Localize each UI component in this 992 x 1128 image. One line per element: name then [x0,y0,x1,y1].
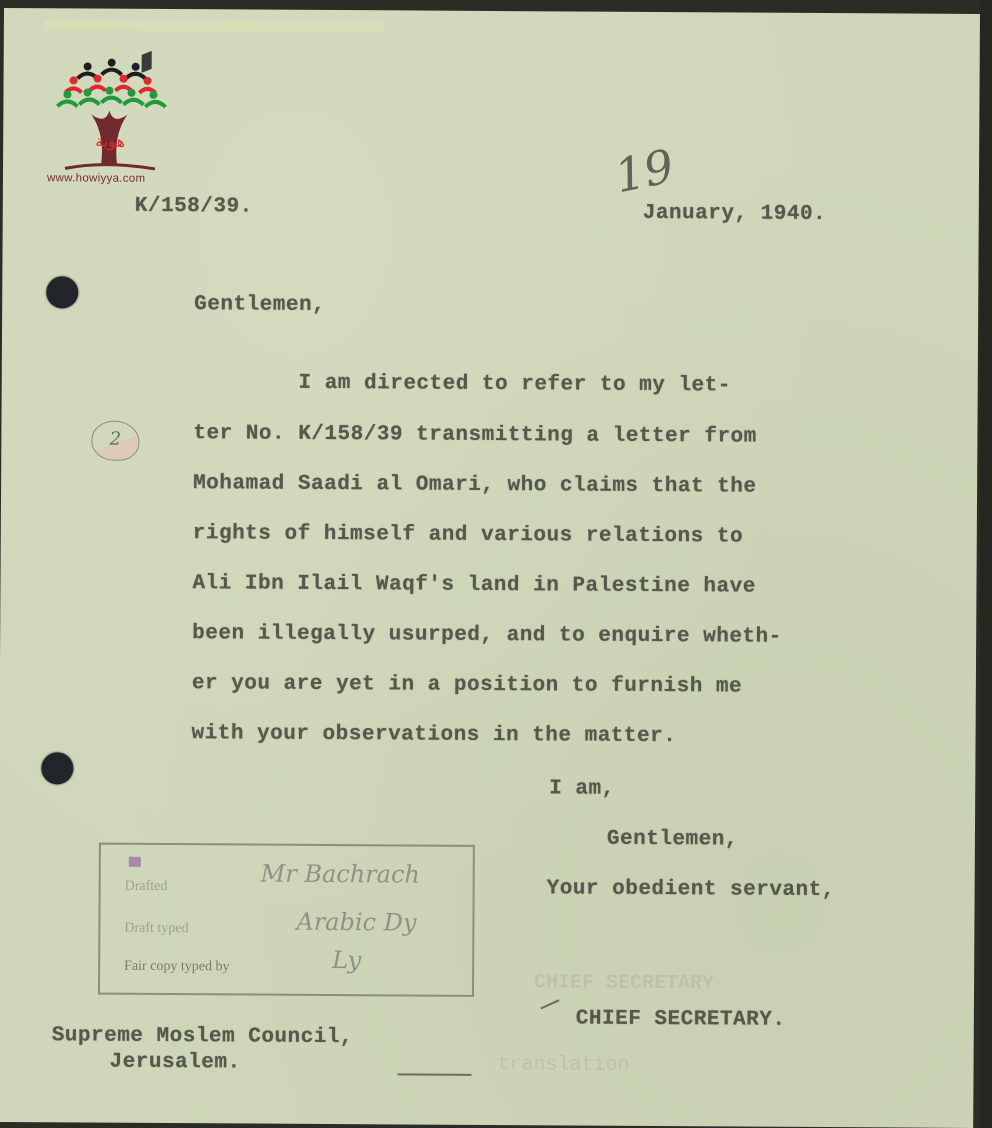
stamp-value-drafted: Mr Bachrach [261,860,420,889]
recipient-line-2: Jerusalem. [109,1051,240,1075]
handwritten-day: 19 [610,139,678,204]
punch-hole-top [46,276,78,308]
body-line-5: Ali Ibn Ilail Waqf's land in Palestine h… [192,572,756,598]
stamp-label-fair-copy: Fair copy typed by [124,959,229,976]
body-line-6: been illegally usurped, and to enquire w… [192,622,782,649]
stamp-color-mark [129,857,141,867]
stamp-label-drafted: Drafted [125,879,168,895]
svg-text:هوية: هوية [95,132,125,152]
recipient-line-1: Supreme Moslem Council, [52,1024,353,1049]
bleed-through-text-1: CHIEF SECRETARY [534,971,714,995]
watermark-url: www.howiyya.com [47,172,146,185]
bleed-through-text-2: translation [497,1053,629,1077]
paper-highlight [44,20,384,32]
tick-mark-icon [540,999,559,1009]
closing-obedient-servant: Your obedient servant, [547,877,835,902]
closing-gentlemen: Gentlemen, [607,828,738,852]
howiyya-tree-logo-icon: هوية [45,44,176,185]
reference-number: K/158/39. [135,195,253,219]
body-line-7: er you are yet in a position to furnish … [192,672,742,698]
body-line-8: with your observations in the matter. [192,722,677,748]
stamp-value-fair-copy: Ly [332,946,361,974]
letter-page: هوية www.howiyya.com K/158/39. 19 Januar… [0,8,980,1128]
body-line-4: rights of himself and various relations … [193,522,743,548]
underline-rule [397,1073,471,1075]
drafting-stamp: Drafted Mr Bachrach Draft typed Arabic D… [98,843,475,997]
punch-hole-bottom [41,752,73,784]
salutation: Gentlemen, [194,293,325,317]
letter-date: January, 1940. [643,202,827,226]
body-line-3: Mohamad Saadi al Omari, who claims that … [193,472,757,498]
signature-title: CHIEF SECRETARY. [576,1008,786,1032]
closing-i-am: I am, [549,777,615,800]
margin-circled-number: 2 [91,421,139,461]
stamp-value-draft-typed: Arabic Dy [296,908,416,937]
body-line-2: ter No. K/158/39 transmitting a letter f… [193,422,757,448]
body-line-1: I am directed to refer to my let- [194,371,731,397]
scan-right-edge [980,0,992,1128]
stamp-label-draft-typed: Draft typed [124,921,188,937]
